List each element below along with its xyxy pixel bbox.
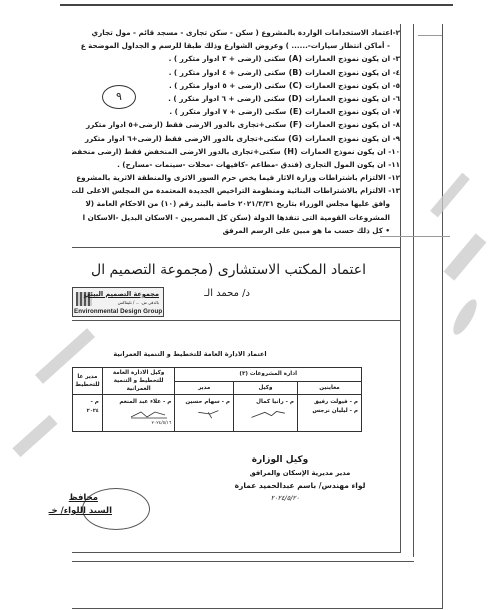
- governor-signature-block: محافظ السيد اللواء/ خـ: [42, 492, 112, 518]
- signature-cell: م - ٢٠٢٤: [73, 395, 103, 432]
- conditions-list: ٢-اعتماد الاستخدامات الواردة بالمشروع ( …: [72, 26, 400, 237]
- consultant-approval-title: اعتماد المكتب الاستشارى (مجموعة التصميم …: [66, 262, 366, 278]
- governor-name: السيد اللواء/ خـ: [42, 505, 112, 518]
- frame-line-inner-right: [400, 24, 401, 552]
- stamp-arabic-name: مجموعة التصميم البيئي: [84, 290, 159, 298]
- column-header: وكيل: [234, 381, 298, 395]
- frame-line-bottom-inner: [72, 552, 401, 553]
- condition-line: - أماكن انتظار سيارات-...... ) وعروض الش…: [72, 39, 400, 52]
- ministry-signature-block: وكيل الوزارة مدير مديرية الإسكان والمراف…: [200, 453, 400, 504]
- condition-line: ١٣- الالتزام بالاشتراطات البنائية ومنظوم…: [72, 184, 400, 197]
- signatures-table: ادارة المشروعات (٣) وكيل الادارة العامة …: [72, 367, 362, 432]
- condition-line: ٢-اعتماد الاستخدامات الواردة بالمشروع ( …: [72, 26, 400, 39]
- frame-line-bottom-outer: [72, 608, 443, 609]
- watermark-stroke: [430, 173, 470, 218]
- signature-cell: م - علاء عبد المنعم ٢٠٢٤/٥/١٦: [102, 395, 175, 432]
- column-header: وكيل الادارة العامة للتخطيط و التنمية ال…: [102, 368, 175, 395]
- signature-cell: م - سهام حسين: [175, 395, 234, 432]
- condition-line: • كل ذلك حسب ما هو مبين على الرسم المرفق: [72, 224, 400, 237]
- frame-line-bottom-middle: [72, 561, 414, 562]
- condition-line: ٨- ان يكون نموذج العمارات(F)سكنى+تجارى ب…: [72, 118, 400, 131]
- condition-line: ٩- ان يكون نموذج العمارات(G)سكنى+تجارى ب…: [72, 132, 400, 145]
- signature-scribble-icon: [244, 409, 294, 419]
- top-rule: [60, 4, 453, 6]
- signature-cell: م - فيولت رفيق م - ليليان نرجس: [298, 395, 362, 432]
- signature-scribble-icon: [190, 409, 230, 419]
- watermark-stroke: [444, 233, 487, 280]
- column-header: معاينين: [298, 381, 362, 395]
- column-header: مدير: [175, 381, 234, 395]
- column-header: مدير عا للتخطيط: [73, 368, 103, 395]
- signature-scribble-icon: [127, 409, 171, 419]
- frame-line-middle-right: [413, 24, 414, 557]
- watermark-stroke: [449, 296, 481, 338]
- condition-line: المشروعات القومية التى تنفذها الدولة (سك…: [72, 211, 400, 224]
- condition-line: وافق عليها مجلس الوزراء بتاريخ ٢٠٢١/٣/٣١…: [72, 197, 400, 210]
- condition-line: ١١- ان يكون المول التجارى (فندق -مطاعم -…: [72, 158, 400, 171]
- stamp-address: بالدقي ش. ... / تليفاكس: [118, 300, 159, 305]
- consultant-stamp: مجموعة التصميم البيئي بالدقي ش. ... / تل…: [72, 287, 164, 317]
- ministry-department: مدير مديرية الإسكان والمرافق: [200, 467, 400, 479]
- watermark-stroke: [12, 415, 57, 457]
- planning-approval-title: اعتماد الادارة العامة للتخطيط و التنمية …: [110, 350, 270, 358]
- section-divider: [72, 247, 400, 248]
- ministry-signature-date: ٢٠٢٤/٥/٢٠: [200, 492, 370, 504]
- frame-tick: [418, 35, 442, 36]
- handwritten-page-number: ٩: [102, 85, 136, 109]
- ministry-official-name: لواء مهندس/ باسم عبدالحميد عمارة: [200, 479, 400, 492]
- ministry-title: وكيل الوزارة: [200, 453, 360, 467]
- group-header: ادارة المشروعات (٣): [175, 368, 362, 382]
- condition-line: ٣- ان يكون نموذج العمارات(A)سكنى (ارضى +…: [72, 52, 400, 65]
- governor-title: محافظ: [42, 492, 112, 505]
- condition-line: ١٢- الالتزام باشتراطات وزارة الاثار فيما…: [72, 171, 400, 184]
- stamp-english-name: Environmental Design Group: [74, 308, 162, 315]
- condition-line: ٤- ان يكون نموذج العمارات(B)سكنى (ارضى +…: [72, 66, 400, 79]
- scanned-document-page: ٢-اعتماد الاستخدامات الواردة بالمشروع ( …: [0, 0, 496, 610]
- frame-line-outer-right: [442, 24, 443, 609]
- condition-line: ١٠- ان يكون نموذج العمارات(H)سكنى+تجارى …: [72, 145, 400, 158]
- section-divider: [72, 320, 400, 321]
- signature-cell: م - رانيا كمال: [234, 395, 298, 432]
